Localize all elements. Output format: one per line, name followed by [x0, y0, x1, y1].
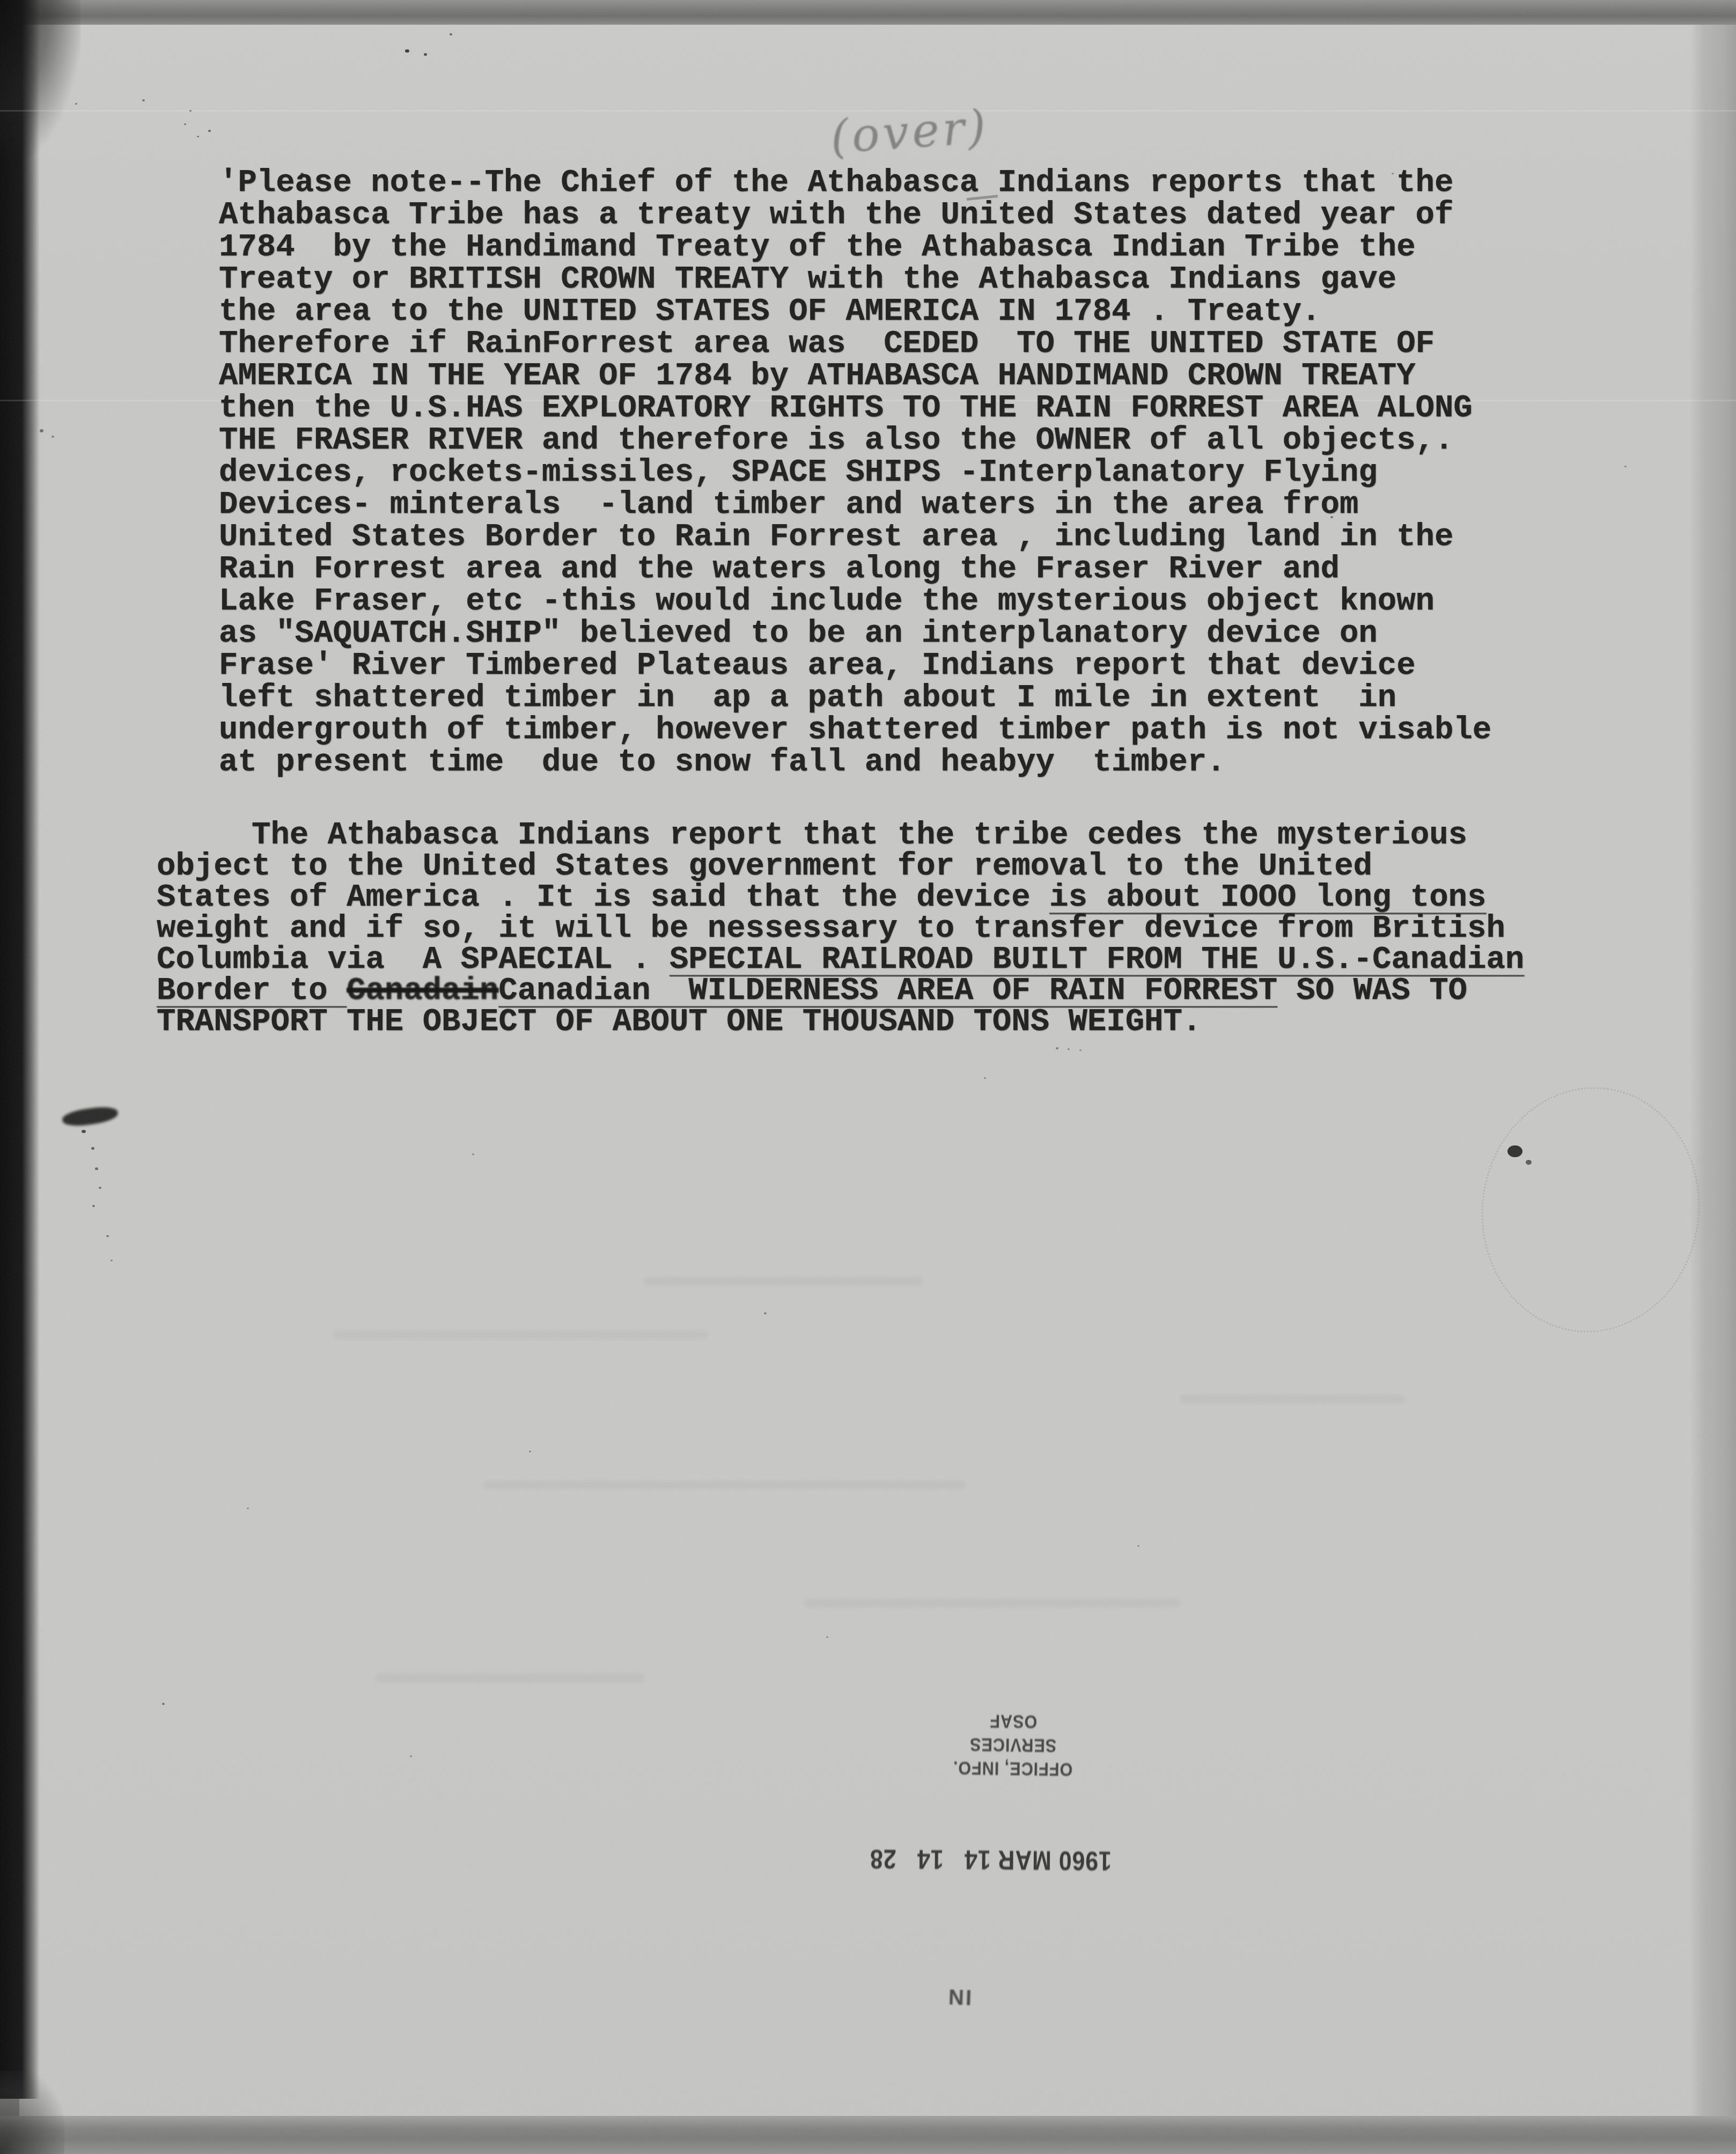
typed-line: Athabasca Tribe has a treaty with the Un… [219, 199, 1491, 231]
typed-text: AMERICA IN THE YEAR OF 1784 by ATHABASCA… [219, 358, 1416, 394]
typed-line: devices, rockets-missiles, SPACE SHIPS -… [219, 457, 1491, 489]
scan-bottom-edge [0, 2116, 1736, 2154]
typed-text: devices, rockets-missiles, SPACE SHIPS -… [219, 454, 1378, 490]
typed-text: undergrouth of timber, however shattered… [219, 712, 1491, 748]
typed-text: SO WAS TO [1277, 973, 1467, 1009]
ink-speck [1068, 1048, 1070, 1050]
ink-speck [197, 136, 199, 137]
scan-top-edge [0, 0, 1736, 25]
ink-speck [111, 1260, 113, 1261]
ink-speck [649, 533, 651, 535]
typed-text: at present time due to snow fall and hea… [219, 744, 1226, 780]
ink-speck [984, 1077, 986, 1079]
ink-speck [92, 1205, 95, 1207]
typed-line: undergrouth of timber, however shattered… [219, 714, 1491, 746]
pencil-underlined-text: Border to [157, 973, 347, 1009]
ink-speck [529, 1451, 531, 1452]
typed-line: THE FRASER RIVER and therefore is also t… [219, 424, 1491, 457]
scan-corner-vignette [0, 0, 80, 161]
typed-line: Devices- minterals -land timber and wate… [219, 489, 1491, 521]
typed-line: object to the United States government f… [157, 851, 1524, 882]
typed-line: left shattered timber in ap a path about… [219, 682, 1491, 714]
pencil-underlined-text: Canadian [498, 973, 688, 1009]
typed-text: Lake Fraser, etc -this would include the… [219, 583, 1435, 619]
typed-text: Frase' River Timbered Plateaus area, Ind… [219, 648, 1416, 683]
ink-speck [208, 130, 211, 132]
typed-line: at present time due to snow fall and hea… [219, 746, 1491, 778]
ink-speck [1240, 924, 1242, 925]
ink-speck [764, 1312, 767, 1314]
ink-speck [450, 33, 452, 35]
ink-speck [424, 53, 427, 56]
typed-text: left shattered timber in ap a path about… [219, 680, 1396, 716]
typed-line: Border to CanadainCanadian WILDERNESS AR… [157, 975, 1524, 1006]
paragraph-2: The Athabasca Indians report that the tr… [157, 820, 1524, 1038]
typed-text: The Athabasca Indians report that the tr… [157, 817, 1467, 853]
typed-text: Therefore if RainForrest area was CEDED … [219, 326, 1435, 362]
ink-speck [1330, 516, 1333, 518]
typed-line: AMERICA IN THE YEAR OF 1784 by ATHABASCA… [219, 360, 1491, 392]
typed-line: Columbia via A SPAECIAL . SPECIAL RAILRO… [157, 944, 1524, 975]
ink-speck [405, 49, 409, 53]
ink-smudge [61, 1105, 119, 1128]
handwritten-over-note: (over) [829, 100, 993, 165]
typed-line: as "SAQUATCH.SHIP" believed to be an int… [219, 617, 1491, 650]
ink-speck [95, 1167, 98, 1170]
bleed-through-ghost [805, 1599, 1180, 1607]
ink-speck [75, 103, 77, 105]
struck-out-word: Canadain [347, 973, 498, 1009]
scan-left-black-band [0, 0, 40, 2099]
ink-speck [1392, 173, 1394, 174]
typed-line: United States Border to Rain Forrest are… [219, 521, 1491, 553]
office-info-services-stamp: OFFICE, INFO. SERVICES OSAF [918, 1727, 1107, 1782]
typed-line: the area to the UNITED STATES OF AMERICA… [219, 296, 1491, 328]
ink-speck [1079, 1049, 1082, 1051]
ink-speck [82, 1130, 86, 1133]
pencil-underlined-text: is about IOOO long tons [1049, 879, 1486, 915]
bleed-through-ghost [644, 1277, 923, 1285]
typed-text: then the U.S.HAS EXPLORATORY RIGHTS TO T… [219, 390, 1473, 426]
scan-corner-vignette [0, 2071, 64, 2154]
ink-speck [300, 173, 304, 175]
typed-text: 'Please note--The Chief of the Athabasca… [219, 165, 1453, 201]
typed-line: Therefore if RainForrest area was CEDED … [219, 328, 1491, 360]
ink-speck [1507, 1145, 1522, 1157]
faint-circular-stamp-impression [1466, 1073, 1716, 1347]
stamp-office-line: OFFICE, INFO. SERVICES [918, 1732, 1107, 1782]
bleed-through-ghost [333, 1330, 708, 1339]
typed-text: Devices- minterals -land timber and wate… [219, 487, 1358, 523]
margin-mark-ni: NI [948, 1986, 974, 2011]
typed-line: Lake Fraser, etc -this would include the… [219, 585, 1491, 617]
typed-line: 1784 by the Handimand Treaty of the Atha… [219, 231, 1491, 263]
bleed-through-ghost [1180, 1395, 1406, 1403]
typed-text: States of America . It is said that the … [157, 879, 1049, 915]
ink-speck [704, 245, 707, 247]
typed-text: THE FRASER RIVER and therefore is also t… [219, 422, 1453, 458]
typed-line: weight and if so, it will be nessessary … [157, 913, 1524, 944]
typed-text: TRANSPORT THE OBJECT OF ABOUT ONE THOUSA… [157, 1004, 1201, 1040]
ink-speck [52, 436, 54, 438]
date-received-stamp: 1960 MAR 14 14 28 [913, 1840, 1112, 1879]
typed-line: then the U.S.HAS EXPLORATORY RIGHTS TO T… [219, 392, 1491, 424]
ink-speck [142, 99, 145, 101]
typed-text: Rain Forrest area and the waters along t… [219, 551, 1340, 587]
ink-speck [247, 1508, 249, 1509]
typed-text: Columbia via A SPAECIAL . [157, 942, 670, 977]
typed-text: Treaty or BRITISH CROWN TREATY with the … [219, 261, 1396, 297]
typed-line: 'Please note--The Chief of the Athabasca… [219, 167, 1491, 199]
ink-speck [162, 1703, 165, 1705]
ink-speck [472, 1153, 474, 1155]
typed-text: the area to the UNITED STATES OF AMERICA… [219, 293, 1321, 329]
ink-speck [1417, 832, 1419, 833]
typed-text: United States Border to Rain Forrest are… [219, 519, 1453, 555]
typed-text: 1784 by the Handimand Treaty of the Atha… [219, 229, 1416, 265]
bleed-through-ghost [376, 1674, 644, 1682]
typed-line: Frase' River Timbered Plateaus area, Ind… [219, 650, 1491, 682]
ink-speck [99, 1187, 101, 1189]
typed-line: States of America . It is said that the … [157, 882, 1524, 913]
paragraph-1: 'Please note--The Chief of the Athabasca… [219, 167, 1491, 778]
ink-speck [1526, 1160, 1532, 1165]
pencil-underlined-text: SPECIAL RAILROAD BUILT FROM THE U.S.-Can… [670, 942, 1524, 977]
ink-speck [189, 110, 192, 112]
stamp-osaf-line: OSAF [919, 1708, 1108, 1734]
pencil-underlined-text: WILDERNESS AREA OF RAIN FORREST [688, 973, 1277, 1009]
ink-speck [1624, 466, 1627, 467]
typed-text: object to the United States government f… [157, 848, 1372, 884]
typed-line: TRANSPORT THE OBJECT OF ABOUT ONE THOUSA… [157, 1006, 1524, 1038]
typed-line: Treaty or BRITISH CROWN TREATY with the … [219, 263, 1491, 296]
typed-text: as "SAQUATCH.SHIP" believed to be an int… [219, 615, 1378, 651]
ink-speck [826, 1636, 828, 1638]
typed-text: Athabasca Tribe has a treaty with the Un… [219, 197, 1453, 233]
typed-line: Rain Forrest area and the waters along t… [219, 553, 1491, 585]
ink-speck [1056, 1047, 1058, 1049]
ink-speck [106, 1235, 109, 1237]
typed-text: weight and if so, it will be nessessary … [157, 910, 1505, 946]
ink-speck [91, 1147, 94, 1150]
ink-speck [40, 429, 43, 432]
bleed-through-ghost [483, 1481, 966, 1489]
scan-right-shadow [1690, 0, 1736, 2154]
ink-speck [410, 1755, 412, 1757]
ink-speck [184, 123, 186, 125]
ink-speck [1137, 1545, 1139, 1547]
typed-line: The Athabasca Indians report that the tr… [157, 820, 1524, 851]
